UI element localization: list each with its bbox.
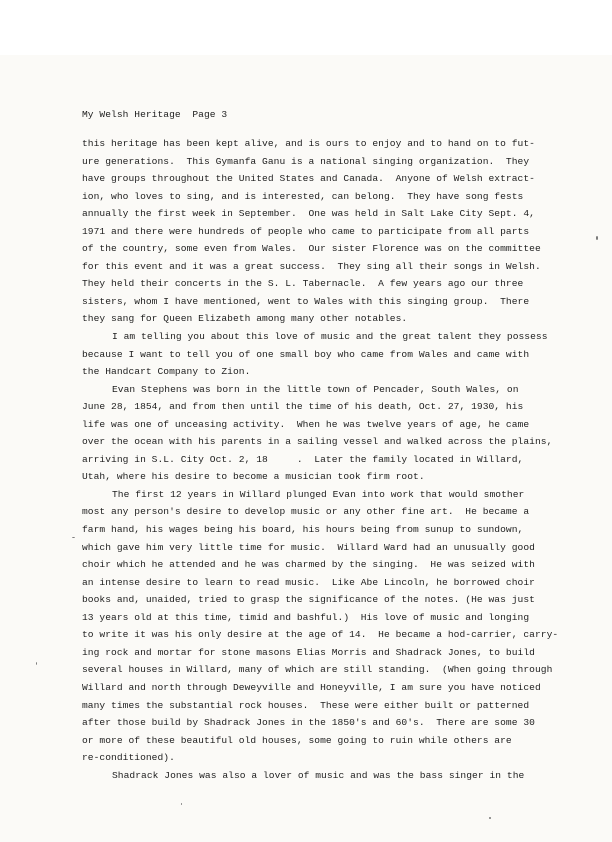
- text-line: for this event and it was a great succes…: [82, 258, 552, 276]
- text-line: of the country, some even from Wales. Ou…: [82, 240, 552, 258]
- text-line: because I want to tell you of one small …: [82, 346, 552, 364]
- text-line: life was one of unceasing activity. When…: [82, 416, 552, 434]
- text-line: 13 years old at this time, timid and bas…: [82, 609, 552, 627]
- text-line: several houses in Willard, many of which…: [82, 661, 552, 679]
- text-line: they sang for Queen Elizabeth among many…: [82, 310, 552, 328]
- text-line: Shadrack Jones was also a lover of music…: [82, 767, 552, 785]
- text-line: Evan Stephens was born in the little tow…: [82, 381, 552, 399]
- text-line: Utah, where his desire to become a music…: [82, 468, 552, 486]
- text-line: Willard and north through Deweyville and…: [82, 679, 552, 697]
- text-line: sisters, whom I have mentioned, went to …: [82, 293, 552, 311]
- text-line: over the ocean with his parents in a sai…: [82, 433, 552, 451]
- text-line: annually the first week in September. On…: [82, 205, 552, 223]
- scan-speck: [596, 236, 598, 240]
- text-line: many times the substantial rock houses. …: [82, 697, 552, 715]
- scan-speck: [72, 537, 75, 538]
- text-line: most any person's desire to develop musi…: [82, 503, 552, 521]
- scan-speck: [489, 817, 491, 819]
- text-line: I am telling you about this love of musi…: [82, 328, 552, 346]
- text-line: choir which he attended and he was charm…: [82, 556, 552, 574]
- text-line: farm hand, his wages being his board, hi…: [82, 521, 552, 539]
- text-line: ure generations. This Gymanfa Ganu is a …: [82, 153, 552, 171]
- scan-speck: [36, 662, 37, 665]
- text-line: books and, unaided, tried to grasp the s…: [82, 591, 552, 609]
- text-line: ing rock and mortar for stone masons Eli…: [82, 644, 552, 662]
- text-line: ion, who loves to sing, and is intereste…: [82, 188, 552, 206]
- scan-speck: [181, 803, 182, 805]
- text-line: this heritage has been kept alive, and i…: [82, 135, 552, 153]
- text-line: They held their concerts in the S. L. Ta…: [82, 275, 552, 293]
- text-line: 1971 and there were hundreds of people w…: [82, 223, 552, 241]
- text-line: or more of these beautiful old houses, s…: [82, 732, 552, 750]
- text-line: which gave him very little time for musi…: [82, 539, 552, 557]
- text-line: the Handcart Company to Zion.: [82, 363, 552, 381]
- body-text: this heritage has been kept alive, and i…: [82, 135, 552, 784]
- text-line: The first 12 years in Willard plunged Ev…: [82, 486, 552, 504]
- text-line: to write it was his only desire at the a…: [82, 626, 552, 644]
- text-line: June 28, 1854, and from then until the t…: [82, 398, 552, 416]
- text-line: have groups throughout the United States…: [82, 170, 552, 188]
- page-header: My Welsh Heritage Page 3: [82, 109, 227, 120]
- text-line: re-conditioned).: [82, 749, 552, 767]
- text-line: an intense desire to learn to read music…: [82, 574, 552, 592]
- text-line: after those build by Shadrack Jones in t…: [82, 714, 552, 732]
- text-line: arriving in S.L. City Oct. 2, 18 . Later…: [82, 451, 552, 469]
